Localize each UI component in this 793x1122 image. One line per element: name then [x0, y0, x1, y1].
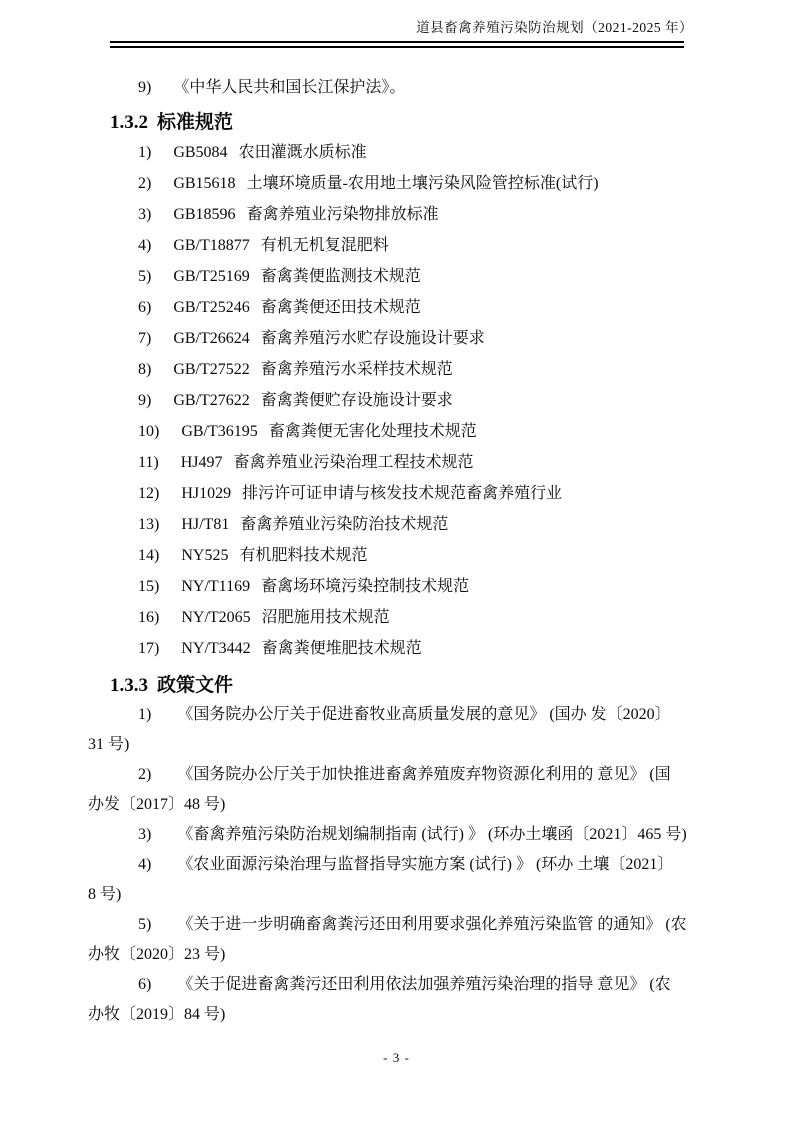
standard-code: HJ497 — [181, 454, 223, 471]
standard-code: GB/T27522 — [173, 361, 249, 378]
item-number: 5) — [138, 910, 151, 940]
document-page: 道县畜禽养殖污染防治规划（2021-2025 年） 9)《中华人民共和国长江保护… — [0, 0, 793, 1122]
standard-name: 畜禽粪便贮存设施设计要求 — [261, 392, 453, 409]
item-number: 1) — [138, 137, 151, 168]
section-number: 1.3.2 — [110, 112, 148, 133]
policy-item-line2: 办牧〔2020〕23 号) — [88, 940, 704, 970]
standard-name: 畜禽粪便无害化处理技术规范 — [269, 423, 477, 440]
item-number: 9) — [138, 72, 151, 103]
list-item-law-9: 9)《中华人民共和国长江保护法》。 — [88, 72, 704, 103]
policy-text: 《畜禽养殖污染防治规划编制指南 (试行) 》 (环办土壤函〔2021〕465 号… — [177, 826, 686, 843]
standard-name: 畜禽场环境污染控制技术规范 — [261, 578, 469, 595]
standard-code: HJ1029 — [181, 485, 231, 502]
policy-item-line2: 办发〔2017〕48 号) — [88, 790, 704, 820]
standard-item: 12)HJ1029排污许可证申请与核发技术规范畜禽养殖行业 — [88, 478, 704, 509]
standard-item: 8)GB/T27522畜禽养殖污水采样技术规范 — [88, 354, 704, 385]
policies-list: 1)《国务院办公厅关于促进畜牧业高质量发展的意见》 (国办 发〔2020〕 31… — [88, 700, 704, 1030]
item-number: 14) — [138, 540, 159, 571]
item-number: 2) — [138, 168, 151, 199]
page-number: - 3 - — [383, 1050, 410, 1065]
standard-code: GB/T25246 — [173, 299, 249, 316]
section-title: 政策文件 — [157, 675, 233, 696]
item-number: 4) — [138, 850, 151, 880]
standard-name: 畜禽养殖业污染治理工程技术规范 — [234, 454, 474, 471]
standard-item: 11)HJ497畜禽养殖业污染治理工程技术规范 — [88, 447, 704, 478]
standard-code: GB/T27622 — [173, 392, 249, 409]
standard-name: 有机无机复混肥料 — [261, 237, 389, 254]
standard-code: GB5084 — [173, 144, 227, 161]
policy-item: 4)《农业面源污染治理与监督指导实施方案 (试行) 》 (环办 土壤〔2021〕… — [88, 850, 704, 910]
policy-text: 《关于促进畜禽粪污还田利用依法加强养殖污染治理的指导 意见》 (农 — [177, 976, 670, 993]
standard-name: 土壤环境质量-农用地土壤污染风险管控标准(试行) — [247, 175, 599, 192]
item-number: 15) — [138, 571, 159, 602]
item-number: 10) — [138, 416, 159, 447]
standard-code: GB/T25169 — [173, 268, 249, 285]
standard-code: NY/T1169 — [181, 578, 250, 595]
standard-code: GB/T36195 — [181, 423, 257, 440]
item-number: 4) — [138, 230, 151, 261]
item-number: 12) — [138, 478, 159, 509]
section-heading-1-3-3: 1.3.3政策文件 — [110, 672, 704, 700]
standard-item: 7)GB/T26624畜禽养殖污水贮存设施设计要求 — [88, 323, 704, 354]
item-number: 17) — [138, 633, 159, 664]
standard-item: 2)GB15618土壤环境质量-农用地土壤污染风险管控标准(试行) — [88, 168, 704, 199]
policy-item: 2)《国务院办公厅关于加快推进畜禽养殖废弃物资源化利用的 意见》 (国 办发〔2… — [88, 760, 704, 820]
standard-code: NY/T2065 — [181, 609, 250, 626]
page-content: 9)《中华人民共和国长江保护法》。 1.3.2标准规范 1)GB5084农田灌溉… — [88, 72, 704, 1030]
standard-item: 13)HJ/T81畜禽养殖业污染防治技术规范 — [88, 509, 704, 540]
item-number: 11) — [138, 447, 159, 478]
standard-name: 有机肥料技术规范 — [239, 547, 367, 564]
standard-item: 5)GB/T25169畜禽粪便监测技术规范 — [88, 261, 704, 292]
item-number: 3) — [138, 820, 151, 850]
policy-text: 《农业面源污染治理与监督指导实施方案 (试行) 》 (环办 土壤〔2021〕 — [177, 856, 673, 873]
standard-code: GB18596 — [173, 206, 235, 223]
standard-name: 畜禽粪便堆肥技术规范 — [262, 640, 422, 657]
header-double-rule — [110, 41, 684, 48]
policy-item-line1: 4)《农业面源污染治理与监督指导实施方案 (试行) 》 (环办 土壤〔2021〕 — [88, 850, 704, 880]
standard-item: 6)GB/T25246畜禽粪便还田技术规范 — [88, 292, 704, 323]
item-number: 7) — [138, 323, 151, 354]
section-heading-1-3-2: 1.3.2标准规范 — [110, 109, 704, 137]
section-number: 1.3.3 — [110, 675, 148, 696]
standard-code: HJ/T81 — [181, 516, 229, 533]
standard-item: 1)GB5084农田灌溉水质标准 — [88, 137, 704, 168]
item-number: 16) — [138, 602, 159, 633]
standard-code: NY/T3442 — [181, 640, 250, 657]
standard-name: 畜禽养殖污水采样技术规范 — [261, 361, 453, 378]
standard-name: 排污许可证申请与核发技术规范畜禽养殖行业 — [242, 485, 562, 502]
standard-name: 农田灌溉水质标准 — [239, 144, 367, 161]
standard-code: GB/T18877 — [173, 237, 249, 254]
item-number: 3) — [138, 199, 151, 230]
standard-name: 畜禽粪便还田技术规范 — [261, 299, 421, 316]
item-number: 6) — [138, 970, 151, 1000]
standard-item: 16)NY/T2065沼肥施用技术规范 — [88, 602, 704, 633]
standard-name: 畜禽养殖污水贮存设施设计要求 — [261, 330, 485, 347]
policy-item-line1: 5)《关于进一步明确畜禽粪污还田利用要求强化养殖污染监管 的通知》 (农 — [88, 910, 704, 940]
standard-code: GB/T26624 — [173, 330, 249, 347]
policy-item-line1: 1)《国务院办公厅关于促进畜牧业高质量发展的意见》 (国办 发〔2020〕 — [88, 700, 704, 730]
policy-text: 《国务院办公厅关于加快推进畜禽养殖废弃物资源化利用的 意见》 (国 — [177, 766, 670, 783]
page-footer: - 3 - — [0, 1050, 793, 1066]
standard-name: 畜禽粪便监测技术规范 — [261, 268, 421, 285]
policy-text: 《国务院办公厅关于促进畜牧业高质量发展的意见》 (国办 发〔2020〕 — [177, 706, 670, 723]
standard-item: 15)NY/T1169畜禽场环境污染控制技术规范 — [88, 571, 704, 602]
standard-item: 14)NY525有机肥料技术规范 — [88, 540, 704, 571]
item-number: 9) — [138, 385, 151, 416]
standard-name: 沼肥施用技术规范 — [262, 609, 390, 626]
standard-item: 3)GB18596畜禽养殖业污染物排放标准 — [88, 199, 704, 230]
standards-list: 1)GB5084农田灌溉水质标准 2)GB15618土壤环境质量-农用地土壤污染… — [88, 137, 704, 664]
policy-item-line2: 办牧〔2019〕84 号) — [88, 1000, 704, 1030]
item-number: 6) — [138, 292, 151, 323]
item-text: 《中华人民共和国长江保护法》。 — [173, 79, 405, 96]
standard-item: 4)GB/T18877有机无机复混肥料 — [88, 230, 704, 261]
policy-item-line2: 31 号) — [88, 730, 704, 760]
policy-item-line2: 8 号) — [88, 880, 704, 910]
standard-item: 9)GB/T27622畜禽粪便贮存设施设计要求 — [88, 385, 704, 416]
policy-item-line1: 6)《关于促进畜禽粪污还田利用依法加强养殖污染治理的指导 意见》 (农 — [88, 970, 704, 1000]
item-number: 13) — [138, 509, 159, 540]
policy-item-line1: 3)《畜禽养殖污染防治规划编制指南 (试行) 》 (环办土壤函〔2021〕465… — [88, 820, 704, 850]
policy-item-line1: 2)《国务院办公厅关于加快推进畜禽养殖废弃物资源化利用的 意见》 (国 — [88, 760, 704, 790]
item-number: 1) — [138, 700, 151, 730]
standard-code: NY525 — [181, 547, 228, 564]
item-number: 2) — [138, 760, 151, 790]
standard-name: 畜禽养殖业污染防治技术规范 — [240, 516, 448, 533]
standard-item: 17)NY/T3442畜禽粪便堆肥技术规范 — [88, 633, 704, 664]
page-header-title: 道县畜禽养殖污染防治规划（2021-2025 年） — [416, 16, 693, 36]
standard-name: 畜禽养殖业污染物排放标准 — [247, 206, 439, 223]
standard-item: 10)GB/T36195畜禽粪便无害化处理技术规范 — [88, 416, 704, 447]
policy-item: 6)《关于促进畜禽粪污还田利用依法加强养殖污染治理的指导 意见》 (农 办牧〔2… — [88, 970, 704, 1030]
policy-item: 1)《国务院办公厅关于促进畜牧业高质量发展的意见》 (国办 发〔2020〕 31… — [88, 700, 704, 760]
section-title: 标准规范 — [157, 112, 233, 133]
policy-text: 《关于进一步明确畜禽粪污还田利用要求强化养殖污染监管 的通知》 (农 — [177, 916, 686, 933]
policy-item: 5)《关于进一步明确畜禽粪污还田利用要求强化养殖污染监管 的通知》 (农 办牧〔… — [88, 910, 704, 970]
item-number: 8) — [138, 354, 151, 385]
policy-item: 3)《畜禽养殖污染防治规划编制指南 (试行) 》 (环办土壤函〔2021〕465… — [88, 820, 704, 850]
standard-code: GB15618 — [173, 175, 235, 192]
item-number: 5) — [138, 261, 151, 292]
